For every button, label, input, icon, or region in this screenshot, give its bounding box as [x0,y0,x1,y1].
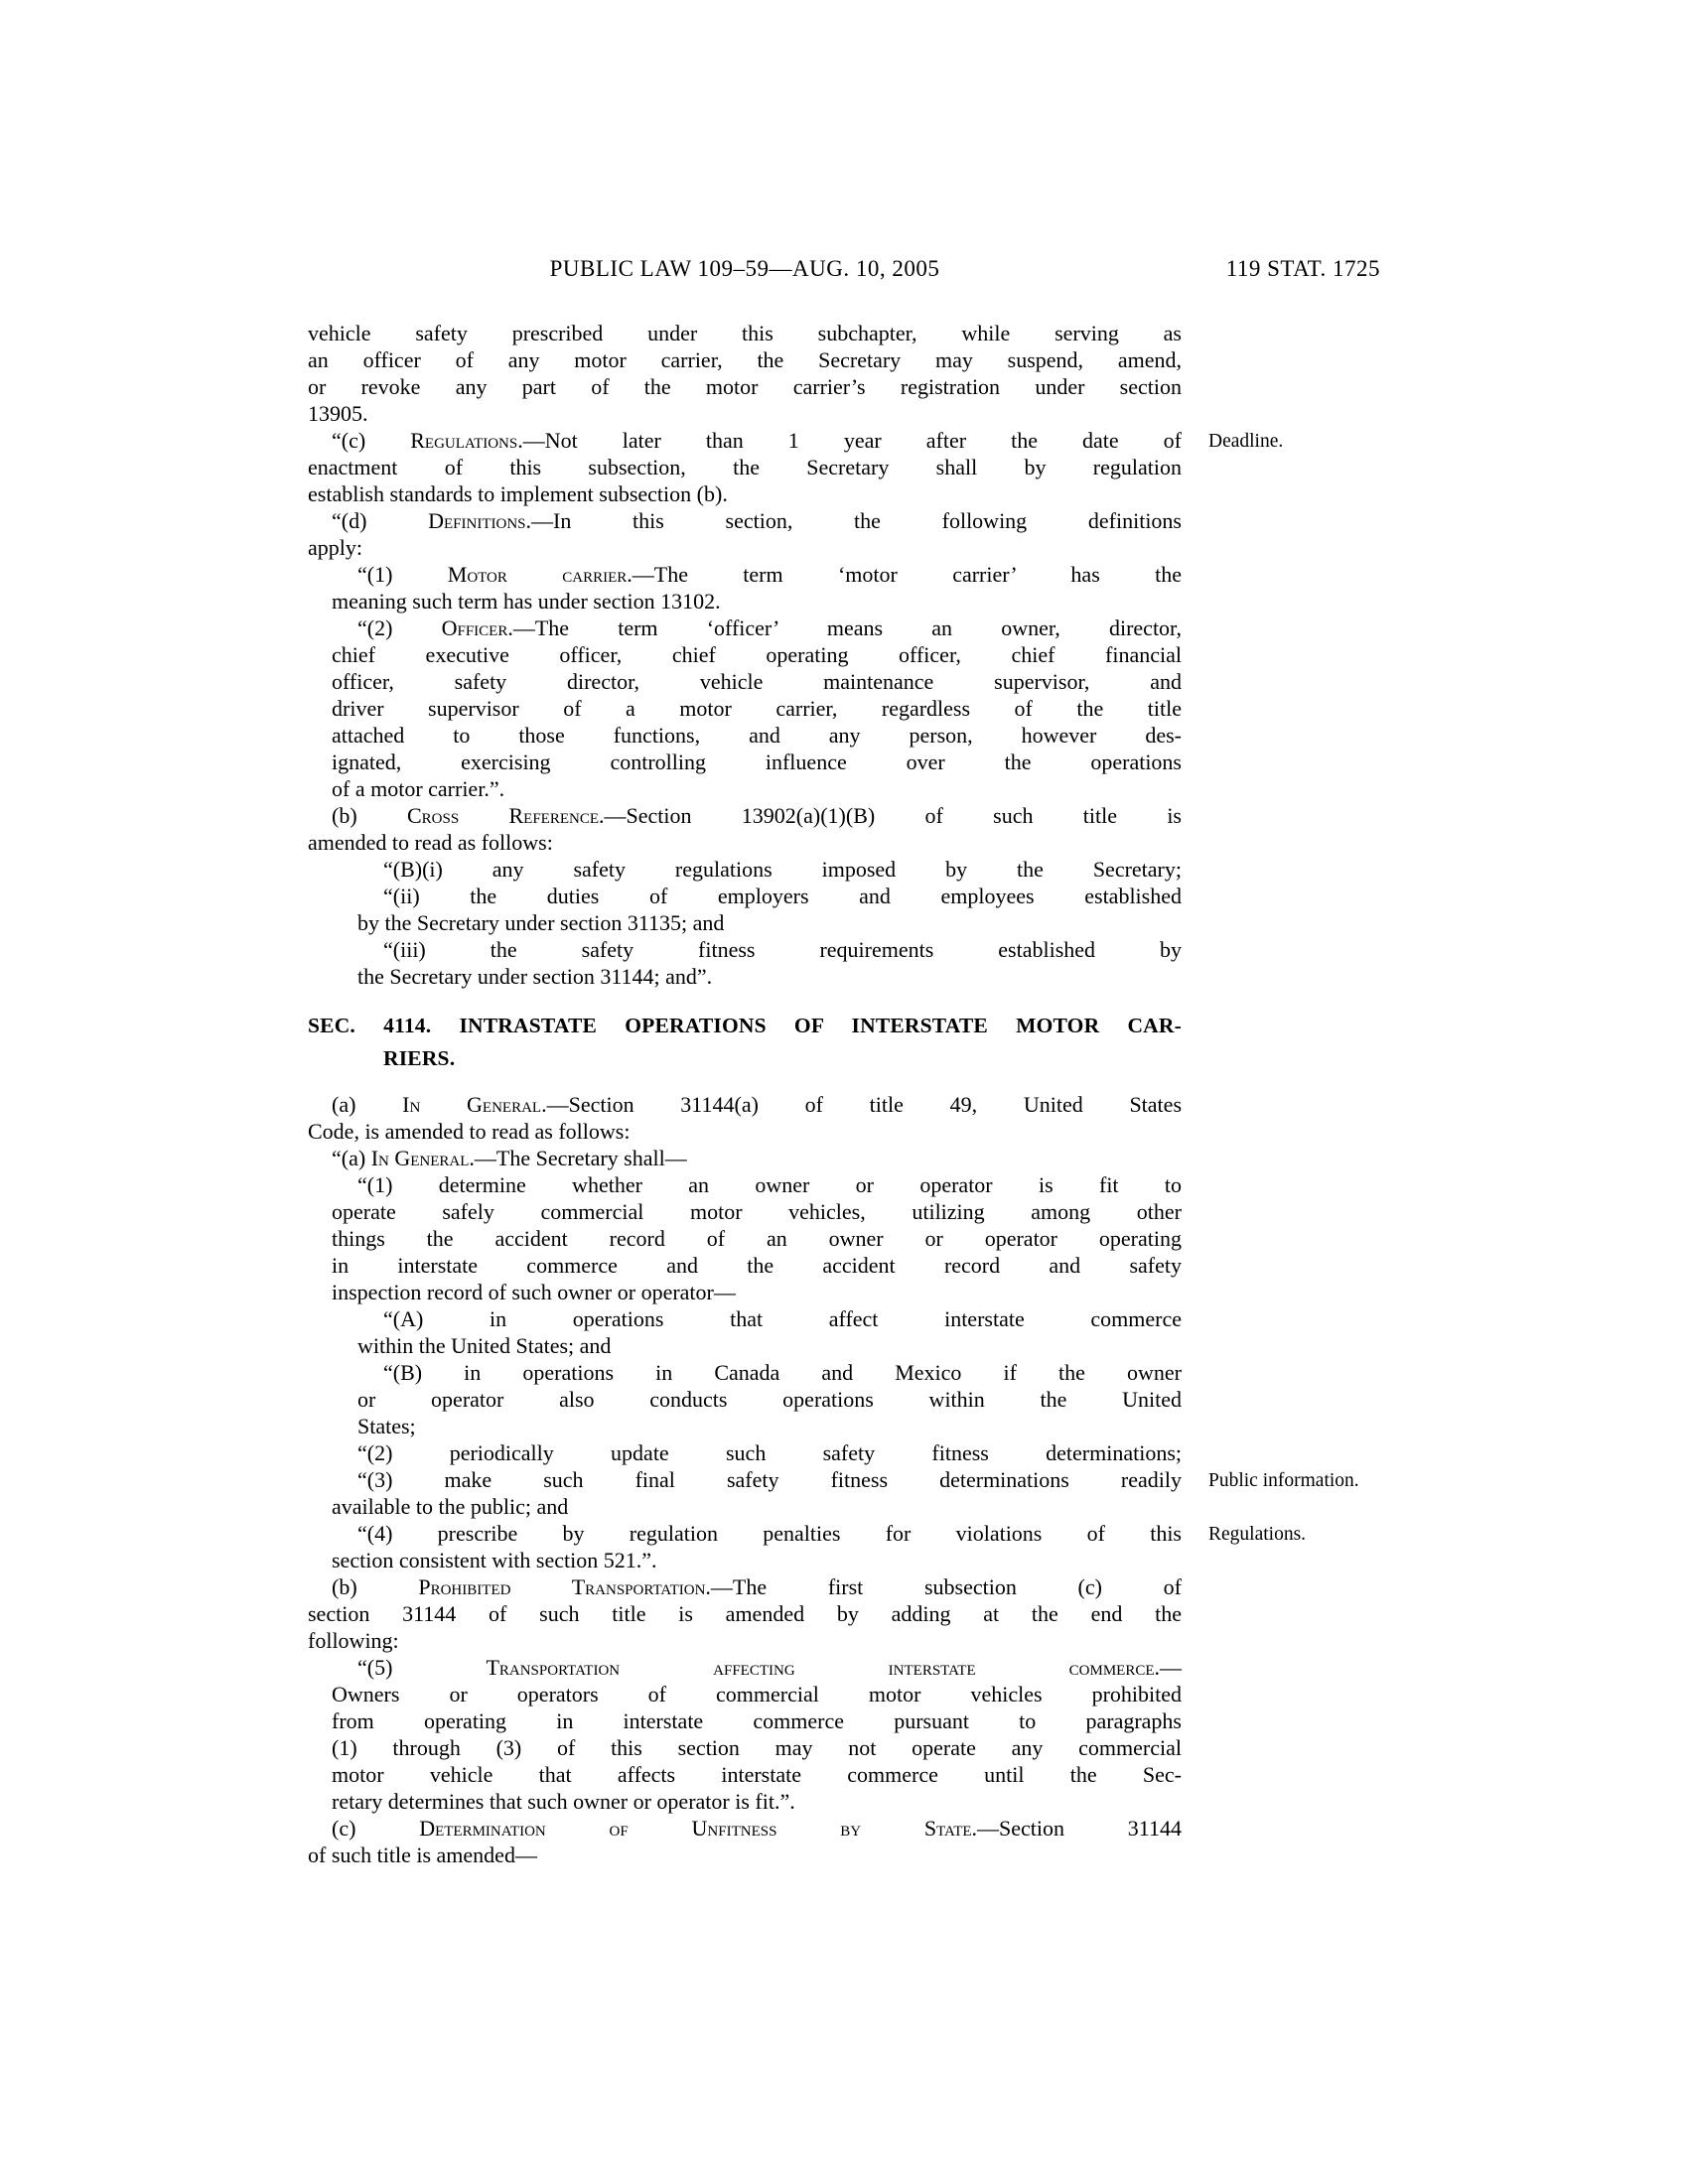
text-line: of a motor carrier.”. [308,775,1182,802]
line-text: .—The first subsection (c) of [705,1574,1182,1599]
line-text: “(4) prescribe by regulation penalties f… [357,1521,1182,1546]
line-text: section consistent with section 521.”. [332,1548,657,1572]
text-line: chief executive officer, chief operating… [308,641,1182,668]
line-text: or revoke any part of the motor carrier’… [308,374,1182,399]
scanned-page: PUBLIC LAW 109–59—AUG. 10, 2005 119 STAT… [0,0,1688,2184]
line-text: ignated, exercising controlling influenc… [332,750,1182,774]
text-line: officer, safety director, vehicle mainte… [308,668,1182,695]
line-text: “(d) [332,508,428,533]
line-text: driver supervisor of a motor carrier, re… [332,696,1182,721]
line-text: of such title is amended— [308,1843,537,1867]
line-text: vehicle safety prescribed under this sub… [308,321,1182,345]
small-caps-text: Determination of Unfitness by State [419,1816,971,1841]
margin-note: Deadline. [1208,429,1367,454]
line-text: .—Not later than 1 year after the date o… [517,428,1182,453]
line-text: attached to those functions, and any per… [332,723,1182,748]
text-line: (b) Cross Reference.—Section 13902(a)(1)… [308,802,1182,829]
line-text: (b) [332,803,407,828]
text-line: motor vehicle that affects interstate co… [308,1761,1182,1788]
text-line: “(ii) the duties of employers and employ… [308,883,1182,909]
line-text: following: [308,1628,399,1653]
line-text: “(iii) the safety fitness requirements e… [383,937,1182,962]
margin-note: Public information. [1208,1468,1367,1493]
text-line: “(3) make such final safety fitness dete… [308,1466,1182,1493]
stat-page-number: 119 STAT. 1725 [1226,256,1380,282]
text-line: from operating in interstate commerce pu… [308,1707,1182,1734]
text-line: in interstate commerce and the accident … [308,1252,1182,1279]
text-line: ignated, exercising controlling influenc… [308,749,1182,775]
small-caps-text: Cross Reference [407,803,599,828]
line-text: (c) [332,1816,419,1841]
text-line: things the accident record of an owner o… [308,1225,1182,1252]
text-line: following: [308,1627,1182,1654]
line-text: .—Section 31144 [972,1816,1182,1841]
line-text: “(c) [332,428,410,453]
text-line: or revoke any part of the motor carrier’… [308,373,1182,400]
line-text: “(3) make such final safety fitness dete… [357,1467,1182,1492]
text-line: enactment of this subsection, the Secret… [308,454,1182,480]
text-line: retary determines that such owner or ope… [308,1788,1182,1815]
text-line: amended to read as follows: [308,829,1182,856]
text-line: vehicle safety prescribed under this sub… [308,320,1182,346]
text-line: by the Secretary under section 31135; an… [308,909,1182,936]
text-line: “(a) In General.—The Secretary shall— [308,1145,1182,1171]
line-text: enactment of this subsection, the Secret… [308,455,1182,479]
text-line: apply: [308,534,1182,561]
line-text: “(ii) the duties of employers and employ… [383,884,1182,908]
line-text: within the United States; and [357,1333,611,1358]
line-text: (a) [332,1092,402,1117]
line-text: section 31144 of such title is amended b… [308,1601,1182,1626]
line-text: in interstate commerce and the accident … [332,1253,1182,1278]
text-line: “(c) Regulations.—Not later than 1 year … [308,427,1182,454]
line-text: chief executive officer, chief operating… [332,642,1182,667]
line-text: “(2) [357,615,442,640]
line-text: meaning such term has under section 1310… [332,589,721,614]
line-text: officer, safety director, vehicle mainte… [332,669,1182,694]
text-line: Code, is amended to read as follows: [308,1118,1182,1145]
line-text: .—The term ‘officer’ means an owner, dir… [507,615,1182,640]
line-text: 13905. [308,401,368,426]
text-line: States; [308,1413,1182,1439]
line-text: (b) [332,1574,418,1599]
line-text: by the Secretary under section 31135; an… [357,910,724,935]
text-line: (c) Determination of Unfitness by State.… [308,1815,1182,1842]
small-caps-text: In General [371,1146,470,1170]
line-text: (1) through (3) of this section may not … [332,1735,1182,1760]
line-text: “(B) in operations in Canada and Mexico … [383,1360,1182,1385]
text-line: section consistent with section 521.”. [308,1547,1182,1573]
line-text: Owners or operators of commercial motor … [332,1682,1182,1706]
line-text: “(1) determine whether an owner or opera… [357,1172,1182,1197]
text-line: “(d) Definitions.—In this section, the f… [308,507,1182,534]
text-line: section 31144 of such title is amended b… [308,1600,1182,1627]
line-text: or operator also conducts operations wit… [357,1387,1182,1412]
small-caps-text: Officer [442,615,508,640]
small-caps-text: Definitions [428,508,525,533]
text-line: “(1) determine whether an owner or opera… [308,1171,1182,1198]
line-text: “(a) [332,1146,371,1170]
small-caps-text: Transportation affecting interstate comm… [486,1655,1154,1680]
document-body: vehicle safety prescribed under this sub… [308,320,1380,1868]
text-line: operate safely commercial motor vehicles… [308,1198,1182,1225]
text-line: or operator also conducts operations wit… [308,1386,1182,1413]
line-text: inspection record of such owner or opera… [332,1280,736,1304]
text-line: an officer of any motor carrier, the Sec… [308,346,1182,373]
line-text: from operating in interstate commerce pu… [332,1708,1182,1733]
line-text: .— [1155,1655,1183,1680]
line-text: .—The term ‘motor carrier’ has the [627,562,1182,587]
text-line: “(iii) the safety fitness requirements e… [308,936,1182,963]
line-text: amended to read as follows: [308,830,553,855]
text-line: (1) through (3) of this section may not … [308,1734,1182,1761]
text-line: meaning such term has under section 1310… [308,588,1182,614]
line-text: apply: [308,535,362,560]
line-text: .—Section 31144(a) of title 49, United S… [541,1092,1182,1117]
small-caps-text: In General [402,1092,541,1117]
text-line: within the United States; and [308,1332,1182,1359]
line-text: “(5) [357,1655,486,1680]
text-line: attached to those functions, and any per… [308,722,1182,749]
line-text: .—The Secretary shall— [469,1146,686,1170]
line-text: establish standards to implement subsect… [308,481,728,506]
line-text: SEC. 4114. INTRASTATE OPERATIONS OF INTE… [308,1014,1182,1037]
line-text: an officer of any motor carrier, the Sec… [308,347,1182,372]
text-line: “(2) Officer.—The term ‘officer’ means a… [308,614,1182,641]
margin-note: Regulations. [1208,1522,1367,1547]
line-text: “(B)(i) any safety regulations imposed b… [383,857,1182,882]
line-text: Code, is amended to read as follows: [308,1119,630,1144]
text-line: driver supervisor of a motor carrier, re… [308,695,1182,722]
line-text: motor vehicle that affects interstate co… [332,1762,1182,1787]
text-line: “(B) in operations in Canada and Mexico … [308,1359,1182,1386]
text-line: inspection record of such owner or opera… [308,1279,1182,1305]
line-text: available to the public; and [332,1494,568,1519]
line-text: “(A) in operations that affect interstat… [383,1306,1182,1331]
text-line: of such title is amended— [308,1842,1182,1868]
text-line: 13905. [308,400,1182,427]
text-line: the Secretary under section 31144; and”. [308,963,1182,990]
line-text: RIERS. [383,1046,455,1070]
text-line: “(2) periodically update such safety fit… [308,1439,1182,1466]
line-text: operate safely commercial motor vehicles… [332,1199,1182,1224]
section-heading-line: RIERS. [308,1042,1182,1075]
text-line: Owners or operators of commercial motor … [308,1681,1182,1707]
text-line: establish standards to implement subsect… [308,480,1182,507]
line-text: retary determines that such owner or ope… [332,1789,795,1814]
text-line: (b) Prohibited Transportation.—The first… [308,1573,1182,1600]
text-line: available to the public; and [308,1493,1182,1520]
line-text: the Secretary under section 31144; and”. [357,964,712,989]
line-text: of a motor carrier.”. [332,776,504,801]
text-line: “(B)(i) any safety regulations imposed b… [308,856,1182,883]
line-text: .—In this section, the following definit… [526,508,1182,533]
text-line: “(A) in operations that affect interstat… [308,1305,1182,1332]
line-text: .—Section 13902(a)(1)(B) of such title i… [599,803,1182,828]
text-line: “(5) Transportation affecting interstate… [308,1654,1182,1681]
small-caps-text: Prohibited Transportation [418,1574,705,1599]
small-caps-text: Motor carrier [448,562,627,587]
page-header: PUBLIC LAW 109–59—AUG. 10, 2005 119 STAT… [308,256,1380,288]
section-heading-line: SEC. 4114. INTRASTATE OPERATIONS OF INTE… [308,1010,1182,1042]
law-header-title: PUBLIC LAW 109–59—AUG. 10, 2005 [308,256,1182,282]
small-caps-text: Regulations [410,428,517,453]
line-text: States; [357,1414,416,1438]
text-line: (a) In General.—Section 31144(a) of titl… [308,1091,1182,1118]
line-text: “(1) [357,562,448,587]
line-text: things the accident record of an owner o… [332,1226,1182,1251]
text-line: “(4) prescribe by regulation penalties f… [308,1520,1182,1547]
text-line: “(1) Motor carrier.—The term ‘motor carr… [308,561,1182,588]
line-text: “(2) periodically update such safety fit… [357,1440,1182,1465]
